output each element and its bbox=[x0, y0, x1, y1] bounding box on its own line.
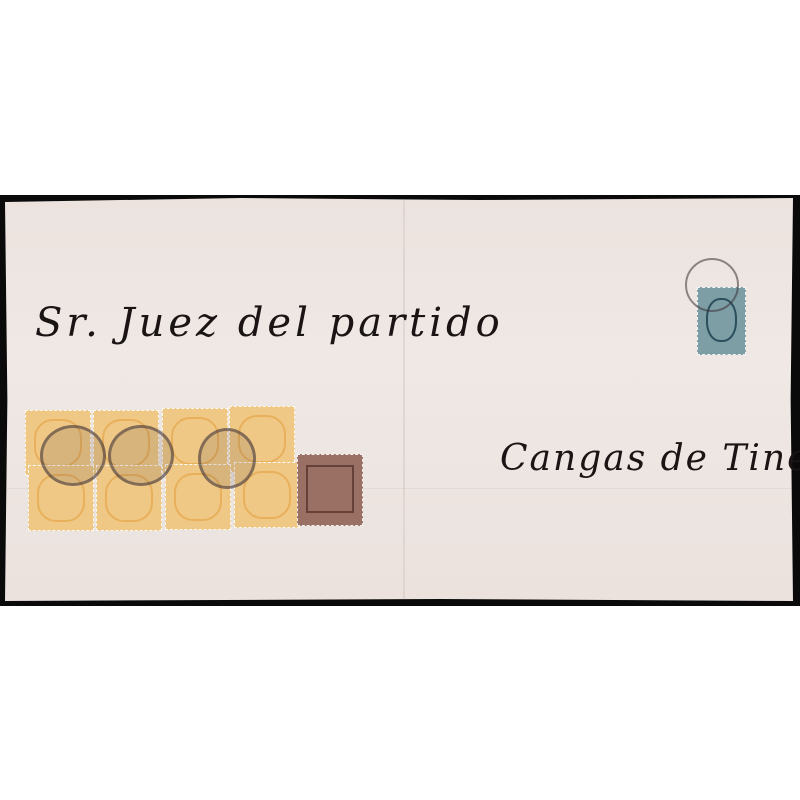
brown-stamp bbox=[297, 454, 363, 526]
address-line-2: Cangas de Tineo bbox=[500, 438, 800, 479]
vertical-fold-line bbox=[403, 198, 405, 601]
postmark-cancel bbox=[108, 425, 174, 486]
postmark-cancel bbox=[685, 258, 739, 312]
postal-cover bbox=[5, 198, 793, 601]
address-line-1: Sr. Juez del partido bbox=[35, 300, 504, 346]
postmark-cancel bbox=[40, 425, 106, 486]
postmark-cancel bbox=[198, 428, 256, 489]
